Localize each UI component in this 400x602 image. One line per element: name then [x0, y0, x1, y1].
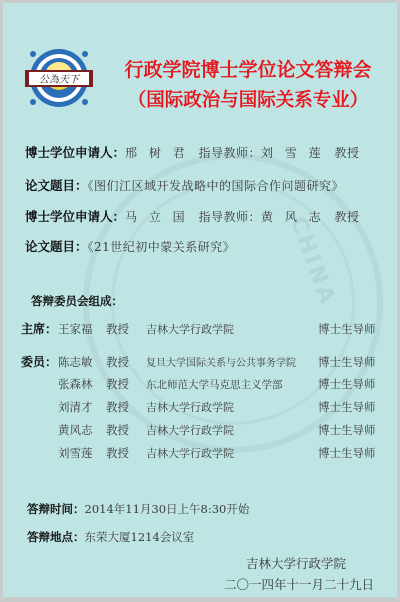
member-institution: 复旦大学国际关系与公共事务学院	[146, 356, 318, 372]
member-institution: 吉林大学行政学院	[146, 423, 318, 439]
signature-date: 二〇一四年十一月二十九日	[224, 575, 374, 593]
committee-member-row: 刘雪莲教授吉林大学行政学院博士生导师	[21, 445, 376, 461]
committee-member-row: 黄风志教授吉林大学行政学院博士生导师	[21, 422, 376, 438]
committee-member-row: 张森林教授东北师范大学马克思主义学部博士生导师	[21, 376, 376, 392]
thesis-1-row: 论文题目：《图们江区域开发战略中的国际合作问题研究》	[25, 178, 344, 194]
defense-place-row: 答辩地点：东荣大厦1214会议室	[27, 529, 194, 545]
advisor-rank: 教授	[334, 146, 359, 160]
candidate-1-row: 博士学位申请人：邢 树 君 指导教师：刘 雪 莲 教授	[25, 145, 359, 161]
thesis-2-row: 论文题目：《21世纪初中蒙关系研究》	[25, 239, 235, 255]
page-title: 行政学院博士学位论文答辩会	[103, 58, 393, 82]
title-block: 行政学院博士学位论文答辩会 （国际政治与国际关系专业）	[103, 58, 393, 113]
member-institution: 吉林大学行政学院	[146, 322, 318, 338]
member-name: 刘雪莲	[58, 445, 106, 461]
member-institution: 东北师范大学马克思主义学部	[146, 377, 318, 393]
thesis-title: 《21世纪初中蒙关系研究》	[88, 240, 236, 254]
svg-text:公為天下: 公為天下	[39, 74, 81, 86]
thesis-label: 论文题目：	[25, 178, 88, 193]
member-title: 博士生导师	[318, 376, 376, 392]
thesis-title: 《图们江区域开发战略中的国际合作问题研究》	[88, 179, 345, 193]
school-emblem-logo: 公為天下	[23, 46, 95, 110]
defense-time-row: 答辩时间：2014年11月30日上午8:30开始	[27, 501, 249, 517]
defense-time: 2014年11月30日上午8:30开始	[85, 502, 250, 516]
applicant-name: 邢 树 君	[125, 146, 189, 160]
member-title: 博士生导师	[318, 399, 376, 415]
member-name: 陈志敏	[58, 354, 106, 370]
member-name: 刘清才	[58, 399, 106, 415]
member-name: 黄风志	[58, 422, 106, 438]
defense-place: 东荣大厦1214会议室	[85, 530, 195, 544]
advisor-label: 指导教师：	[198, 146, 261, 160]
member-name: 王家福	[58, 321, 106, 337]
member-rank: 教授	[106, 354, 146, 370]
member-institution: 吉林大学行政学院	[146, 446, 318, 462]
member-institution: 吉林大学行政学院	[146, 400, 318, 416]
signature-org: 吉林大学行政学院	[246, 554, 346, 572]
advisor-rank: 教授	[334, 210, 359, 224]
applicant-label: 博士学位申请人：	[25, 145, 125, 160]
committee-heading: 答辩委员会组成：	[31, 293, 123, 309]
committee-member-row: 委员：陈志敏教授复旦大学国际关系与公共事务学院博士生导师	[21, 354, 376, 370]
applicant-label: 博士学位申请人：	[25, 209, 125, 224]
advisor-name: 黄 风 志	[261, 210, 325, 224]
defense-time-label: 答辩时间：	[27, 502, 85, 516]
member-title: 博士生导师	[318, 422, 376, 438]
committee-chair-row: 主席：王家福教授吉林大学行政学院博士生导师	[21, 321, 376, 337]
member-title: 博士生导师	[318, 354, 376, 370]
member-rank: 教授	[106, 445, 146, 461]
member-rank: 教授	[106, 321, 146, 337]
applicant-name: 马 立 国	[125, 210, 189, 224]
page-subtitle: （国际政治与国际关系专业）	[103, 89, 393, 113]
advisor-label: 指导教师：	[198, 210, 261, 224]
defense-place-label: 答辩地点：	[27, 530, 85, 544]
thesis-label: 论文题目：	[25, 239, 88, 254]
member-rank: 教授	[106, 422, 146, 438]
candidate-2-row: 博士学位申请人：马 立 国 指导教师：黄 风 志 教授	[25, 209, 359, 225]
committee-member-row: 刘清才教授吉林大学行政学院博士生导师	[21, 399, 376, 415]
watermark-text: CHINA	[285, 213, 340, 309]
member-title: 博士生导师	[318, 321, 376, 337]
member-title: 博士生导师	[318, 445, 376, 461]
member-rank: 教授	[106, 376, 146, 392]
members-label: 委员：	[21, 354, 58, 370]
member-rank: 教授	[106, 399, 146, 415]
chair-label: 主席：	[21, 321, 58, 337]
member-name: 张森林	[58, 376, 106, 392]
notice-page: CHINA 公為天下 行政学院博士学位论文答辩会 （国际政治与国际关系专业） 博…	[3, 3, 397, 597]
advisor-name: 刘 雪 莲	[261, 146, 325, 160]
